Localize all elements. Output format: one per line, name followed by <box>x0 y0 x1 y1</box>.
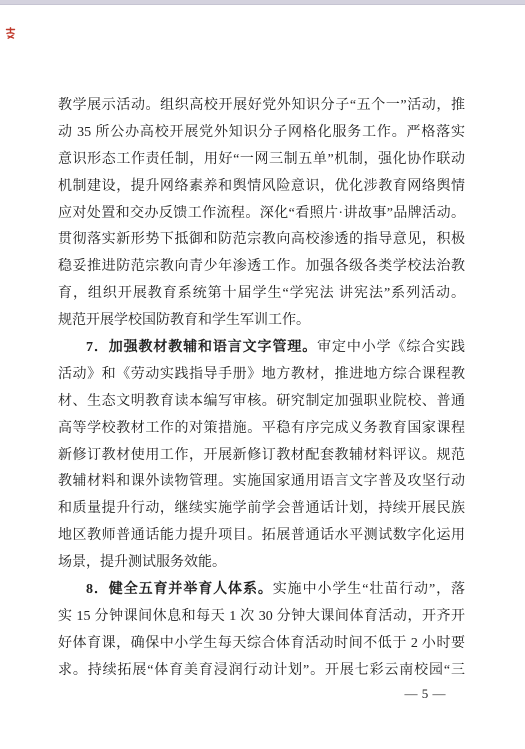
text-segment: 稳妥推进防范宗教向青少年渗透工作。加强各级各类学校法治教 <box>58 259 465 274</box>
text-line: 动 35 所公办高校开展党外知识分子网格化服务工作。严格落实 <box>58 120 465 147</box>
text-segment: 贯彻落实新形势下抵御和防范宗教向高校渗透的指导意见，积极 <box>58 232 465 247</box>
top-edge-bar <box>0 0 525 5</box>
text-line: 好体育课，确保中小学生每天综合体育活动时间不低于 2 小时要 <box>58 631 465 658</box>
text-line: 应对处置和交办反馈工作流程。深化“看照片·讲故事”品牌活动。 <box>58 201 465 228</box>
text-segment-bold: 8．健全五育并举育人体系。 <box>86 582 273 597</box>
document-page: { "page": { "background": "#ffffff", "to… <box>0 0 525 749</box>
text-segment: 机制建设，提升网络素养和舆情风险意识，优化涉教育网络舆情 <box>58 179 465 194</box>
text-segment: 应对处置和交办反馈工作流程。深化“看照片·讲故事”品牌活动。 <box>58 206 465 221</box>
text-line: 规范开展学校国防教育和学生军训工作。 <box>58 308 465 335</box>
text-segment: 意识形态工作责任制，用好“一网三制五单”机制，强化协作联动 <box>58 152 465 167</box>
text-segment: 审定中小学《综合实践 <box>317 340 465 355</box>
text-segment: 地区教师普通话能力提升项目。拓展普通话水平测试数字化运用 <box>58 528 465 543</box>
text-line: 8．健全五育并举育人体系。实施中小学生“壮苗行动”，落 <box>58 577 465 604</box>
text-segment: 动 35 所公办高校开展党外知识分子网格化服务工作。严格落实 <box>58 125 465 140</box>
text-segment: 活动》和《劳动实践指导手册》地方教材，推进地方综合课程教 <box>58 367 465 382</box>
text-segment: 高等学校教材工作的对策措施。平稳有序完成义务教育国家课程 <box>58 421 465 436</box>
text-segment: 实施中小学生“壮苗行动”，落 <box>273 582 465 597</box>
text-line: 育，组织开展教育系统第十届学生“学宪法 讲宪法”系列活动。 <box>58 281 465 308</box>
text-segment: 好体育课，确保中小学生每天综合体育活动时间不低于 2 小时要 <box>58 636 465 651</box>
text-line: 求。持续拓展“体育美育浸润行动计划”。开展七彩云南校园“三 <box>58 658 465 685</box>
text-line: 地区教师普通话能力提升项目。拓展普通话水平测试数字化运用 <box>58 523 465 550</box>
text-segment: 教辅材料和课外读物管理。实施国家通用语言文字普及攻坚行动 <box>58 474 465 489</box>
text-segment: 场景，提升测试服务效能。 <box>58 555 226 570</box>
text-segment: 规范开展学校国防教育和学生军训工作。 <box>58 313 310 328</box>
red-corner-mark-icon <box>5 27 16 39</box>
text-line: 教辅材料和课外读物管理。实施国家通用语言文字普及攻坚行动 <box>58 469 465 496</box>
text-line: 高等学校教材工作的对策措施。平稳有序完成义务教育国家课程 <box>58 416 465 443</box>
document-text-block: 教学展示活动。组织高校开展好党外知识分子“五个一”活动，推动 35 所公办高校开… <box>58 93 465 685</box>
text-line: 意识形态工作责任制，用好“一网三制五单”机制，强化协作联动 <box>58 147 465 174</box>
text-line: 贯彻落实新形势下抵御和防范宗教向高校渗透的指导意见，积极 <box>58 227 465 254</box>
text-segment: 育，组织开展教育系统第十届学生“学宪法 讲宪法”系列活动。 <box>58 286 465 301</box>
text-segment: 和质量提升行动，继续实施学前学会普通话计划，持续开展民族 <box>58 501 465 516</box>
text-line: 7．加强教材教辅和语言文字管理。审定中小学《综合实践 <box>58 335 465 362</box>
text-line: 活动》和《劳动实践指导手册》地方教材，推进地方综合课程教 <box>58 362 465 389</box>
text-line: 和质量提升行动，继续实施学前学会普通话计划，持续开展民族 <box>58 496 465 523</box>
text-segment: 实 15 分钟课间休息和每天 1 次 30 分钟大课间体育活动，开齐开 <box>58 609 465 624</box>
text-line: 新修订教材使用工作，开展新修订教材配套教辅材料评议。规范 <box>58 443 465 470</box>
text-line: 实 15 分钟课间休息和每天 1 次 30 分钟大课间体育活动，开齐开 <box>58 604 465 631</box>
text-line: 材、生态文明教育读本编写审核。研究制定加强职业院校、普通 <box>58 389 465 416</box>
text-segment: 材、生态文明教育读本编写审核。研究制定加强职业院校、普通 <box>58 394 465 409</box>
text-line: 机制建设，提升网络素养和舆情风险意识，优化涉教育网络舆情 <box>58 174 465 201</box>
text-segment: 教学展示活动。组织高校开展好党外知识分子“五个一”活动，推 <box>58 98 465 113</box>
text-segment: 求。持续拓展“体育美育浸润行动计划”。开展七彩云南校园“三 <box>58 663 465 678</box>
page-number: — 5 — <box>405 686 447 702</box>
text-line: 稳妥推进防范宗教向青少年渗透工作。加强各级各类学校法治教 <box>58 254 465 281</box>
text-segment-bold: 7．加强教材教辅和语言文字管理。 <box>86 340 317 355</box>
text-line: 场景，提升测试服务效能。 <box>58 550 465 577</box>
text-segment: 新修订教材使用工作，开展新修订教材配套教辅材料评议。规范 <box>58 448 465 463</box>
text-line: 教学展示活动。组织高校开展好党外知识分子“五个一”活动，推 <box>58 93 465 120</box>
document-lines: 教学展示活动。组织高校开展好党外知识分子“五个一”活动，推动 35 所公办高校开… <box>58 93 465 685</box>
